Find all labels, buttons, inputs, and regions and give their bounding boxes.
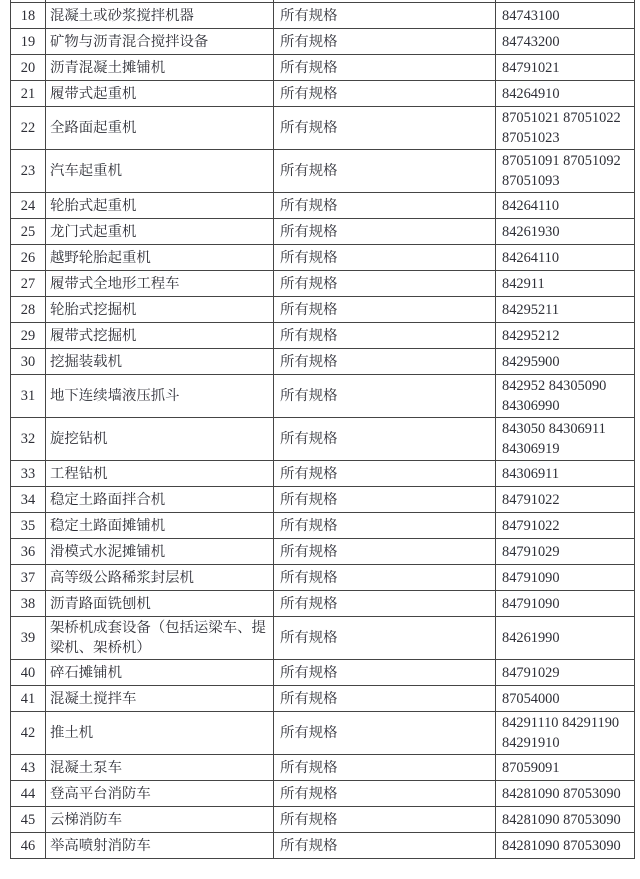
spec-cell: 所有规格 — [274, 686, 496, 712]
spec-cell: 所有规格 — [274, 660, 496, 686]
spec-cell: 所有规格 — [274, 81, 496, 107]
row-number-cell: 45 — [11, 807, 46, 833]
row-number-cell: 36 — [11, 539, 46, 565]
equipment-name-cell: 稳定土路面摊铺机 — [46, 513, 274, 539]
hs-codes-cell: 84791022 — [496, 487, 635, 513]
spec-cell: 所有规格 — [274, 712, 496, 755]
table-row: 43 混凝土泵车 所有规格 87059091 — [11, 755, 635, 781]
hs-codes-cell: 84791090 — [496, 591, 635, 617]
row-number-cell: 25 — [11, 219, 46, 245]
spec-cell: 所有规格 — [274, 487, 496, 513]
hs-codes-cell: 84295211 — [496, 297, 635, 323]
hs-codes-cell: 84791029 — [496, 660, 635, 686]
table-row: 25 龙门式起重机 所有规格 84261930 — [11, 219, 635, 245]
equipment-name-cell: 混凝土或砂浆搅拌机器 — [46, 3, 274, 29]
table-row: 36 滑模式水泥摊铺机 所有规格 84791029 — [11, 539, 635, 565]
hs-codes-cell: 84281090 87053090 — [496, 807, 635, 833]
table-row: 37 高等级公路稀浆封层机 所有规格 84791090 — [11, 565, 635, 591]
table-row: 29 履带式挖掘机 所有规格 84295212 — [11, 323, 635, 349]
table-row: 21 履带式起重机 所有规格 84264910 — [11, 81, 635, 107]
hs-codes-cell: 84791029 — [496, 539, 635, 565]
row-number-cell: 34 — [11, 487, 46, 513]
table-body: 18 混凝土或砂浆搅拌机器 所有规格 84743100 19 矿物与沥青混合搅拌… — [11, 0, 635, 859]
table-row: 26 越野轮胎起重机 所有规格 84264110 — [11, 245, 635, 271]
row-number-cell: 18 — [11, 3, 46, 29]
table-row: 41 混凝土搅拌车 所有规格 87054000 — [11, 686, 635, 712]
table-row: 38 沥青路面铣刨机 所有规格 84791090 — [11, 591, 635, 617]
row-number-cell: 37 — [11, 565, 46, 591]
spec-cell: 所有规格 — [274, 271, 496, 297]
document-page: 18 混凝土或砂浆搅拌机器 所有规格 84743100 19 矿物与沥青混合搅拌… — [0, 0, 640, 879]
table-row: 32 旋挖钻机 所有规格 843050 84306911 84306919 — [11, 418, 635, 461]
hs-codes-cell: 84291110 84291190 84291910 — [496, 712, 635, 755]
table-row: 28 轮胎式挖掘机 所有规格 84295211 — [11, 297, 635, 323]
table-row: 46 举高喷射消防车 所有规格 84281090 87053090 — [11, 833, 635, 859]
equipment-name-cell: 沥青路面铣刨机 — [46, 591, 274, 617]
row-number-cell: 31 — [11, 375, 46, 418]
equipment-name-cell: 云梯消防车 — [46, 807, 274, 833]
row-number-cell: 44 — [11, 781, 46, 807]
spec-cell: 所有规格 — [274, 349, 496, 375]
equipment-name-cell: 混凝土泵车 — [46, 755, 274, 781]
equipment-name-cell: 越野轮胎起重机 — [46, 245, 274, 271]
hs-codes-cell: 84295900 — [496, 349, 635, 375]
equipment-name-cell: 登高平台消防车 — [46, 781, 274, 807]
row-number-cell: 32 — [11, 418, 46, 461]
table-row: 20 沥青混凝土摊铺机 所有规格 84791021 — [11, 55, 635, 81]
row-number-cell: 42 — [11, 712, 46, 755]
spec-cell: 所有规格 — [274, 3, 496, 29]
table-row: 35 稳定土路面摊铺机 所有规格 84791022 — [11, 513, 635, 539]
hs-codes-cell: 84743100 — [496, 3, 635, 29]
equipment-name-cell: 推土机 — [46, 712, 274, 755]
spec-cell: 所有规格 — [274, 807, 496, 833]
row-number-cell: 38 — [11, 591, 46, 617]
spec-cell: 所有规格 — [274, 150, 496, 193]
hs-codes-cell: 84261930 — [496, 219, 635, 245]
spec-cell: 所有规格 — [274, 539, 496, 565]
hs-codes-cell: 84743200 — [496, 29, 635, 55]
table-row: 24 轮胎式起重机 所有规格 84264110 — [11, 193, 635, 219]
spec-cell: 所有规格 — [274, 297, 496, 323]
table-row: 39 架桥机成套设备（包括运梁车、提梁机、架桥机） 所有规格 84261990 — [11, 617, 635, 660]
spec-cell: 所有规格 — [274, 781, 496, 807]
row-number-cell: 41 — [11, 686, 46, 712]
equipment-name-cell: 矿物与沥青混合搅拌设备 — [46, 29, 274, 55]
table-row: 31 地下连续墙液压抓斗 所有规格 842952 84305090 843069… — [11, 375, 635, 418]
hs-codes-cell: 843050 84306911 84306919 — [496, 418, 635, 461]
spec-cell: 所有规格 — [274, 833, 496, 859]
spec-cell: 所有规格 — [274, 375, 496, 418]
equipment-hs-code-table: 18 混凝土或砂浆搅拌机器 所有规格 84743100 19 矿物与沥青混合搅拌… — [10, 0, 635, 859]
equipment-name-cell: 滑模式水泥摊铺机 — [46, 539, 274, 565]
table-row: 22 全路面起重机 所有规格 87051021 87051022 8705102… — [11, 107, 635, 150]
row-number-cell: 24 — [11, 193, 46, 219]
row-number-cell: 40 — [11, 660, 46, 686]
equipment-name-cell: 举高喷射消防车 — [46, 833, 274, 859]
spec-cell: 所有规格 — [274, 461, 496, 487]
spec-cell: 所有规格 — [274, 245, 496, 271]
row-number-cell: 20 — [11, 55, 46, 81]
equipment-name-cell: 轮胎式挖掘机 — [46, 297, 274, 323]
row-number-cell: 35 — [11, 513, 46, 539]
spec-cell: 所有规格 — [274, 617, 496, 660]
table-row: 44 登高平台消防车 所有规格 84281090 87053090 — [11, 781, 635, 807]
row-number-cell: 21 — [11, 81, 46, 107]
equipment-name-cell: 混凝土搅拌车 — [46, 686, 274, 712]
hs-codes-cell: 842911 — [496, 271, 635, 297]
table-row: 30 挖掘装载机 所有规格 84295900 — [11, 349, 635, 375]
table-row: 18 混凝土或砂浆搅拌机器 所有规格 84743100 — [11, 3, 635, 29]
table-row: 45 云梯消防车 所有规格 84281090 87053090 — [11, 807, 635, 833]
equipment-name-cell: 挖掘装载机 — [46, 349, 274, 375]
equipment-name-cell: 汽车起重机 — [46, 150, 274, 193]
equipment-name-cell: 全路面起重机 — [46, 107, 274, 150]
hs-codes-cell: 84261990 — [496, 617, 635, 660]
hs-codes-cell: 84264910 — [496, 81, 635, 107]
table-row: 40 碎石摊铺机 所有规格 84791029 — [11, 660, 635, 686]
hs-codes-cell: 87051021 87051022 87051023 — [496, 107, 635, 150]
hs-codes-cell: 84264110 — [496, 245, 635, 271]
equipment-name-cell: 稳定土路面拌合机 — [46, 487, 274, 513]
hs-codes-cell: 84791022 — [496, 513, 635, 539]
hs-codes-cell: 84281090 87053090 — [496, 833, 635, 859]
hs-codes-cell: 84295212 — [496, 323, 635, 349]
equipment-name-cell: 地下连续墙液压抓斗 — [46, 375, 274, 418]
spec-cell: 所有规格 — [274, 513, 496, 539]
hs-codes-cell: 842952 84305090 84306990 — [496, 375, 635, 418]
hs-codes-cell: 87059091 — [496, 755, 635, 781]
equipment-name-cell: 工程钻机 — [46, 461, 274, 487]
table-row: 42 推土机 所有规格 84291110 84291190 84291910 — [11, 712, 635, 755]
row-number-cell: 19 — [11, 29, 46, 55]
equipment-name-cell: 高等级公路稀浆封层机 — [46, 565, 274, 591]
equipment-name-cell: 沥青混凝土摊铺机 — [46, 55, 274, 81]
table-row: 27 履带式全地形工程车 所有规格 842911 — [11, 271, 635, 297]
row-number-cell: 43 — [11, 755, 46, 781]
table-row: 34 稳定土路面拌合机 所有规格 84791022 — [11, 487, 635, 513]
hs-codes-cell: 84264110 — [496, 193, 635, 219]
spec-cell: 所有规格 — [274, 565, 496, 591]
spec-cell: 所有规格 — [274, 193, 496, 219]
row-number-cell: 22 — [11, 107, 46, 150]
hs-codes-cell: 87054000 — [496, 686, 635, 712]
row-number-cell: 30 — [11, 349, 46, 375]
table-row: 19 矿物与沥青混合搅拌设备 所有规格 84743200 — [11, 29, 635, 55]
table-row: 23 汽车起重机 所有规格 87051091 87051092 87051093 — [11, 150, 635, 193]
equipment-name-cell: 履带式挖掘机 — [46, 323, 274, 349]
hs-codes-cell: 84791021 — [496, 55, 635, 81]
spec-cell: 所有规格 — [274, 219, 496, 245]
equipment-name-cell: 履带式全地形工程车 — [46, 271, 274, 297]
equipment-name-cell: 碎石摊铺机 — [46, 660, 274, 686]
row-number-cell: 27 — [11, 271, 46, 297]
row-number-cell: 33 — [11, 461, 46, 487]
hs-codes-cell: 87051091 87051092 87051093 — [496, 150, 635, 193]
row-number-cell: 28 — [11, 297, 46, 323]
hs-codes-cell: 84791090 — [496, 565, 635, 591]
spec-cell: 所有规格 — [274, 418, 496, 461]
spec-cell: 所有规格 — [274, 55, 496, 81]
spec-cell: 所有规格 — [274, 591, 496, 617]
equipment-name-cell: 龙门式起重机 — [46, 219, 274, 245]
row-number-cell: 46 — [11, 833, 46, 859]
row-number-cell: 29 — [11, 323, 46, 349]
spec-cell: 所有规格 — [274, 107, 496, 150]
spec-cell: 所有规格 — [274, 323, 496, 349]
hs-codes-cell: 84306911 — [496, 461, 635, 487]
row-number-cell: 39 — [11, 617, 46, 660]
hs-codes-cell: 84281090 87053090 — [496, 781, 635, 807]
table-row: 33 工程钻机 所有规格 84306911 — [11, 461, 635, 487]
equipment-name-cell: 轮胎式起重机 — [46, 193, 274, 219]
equipment-name-cell: 旋挖钻机 — [46, 418, 274, 461]
row-number-cell: 26 — [11, 245, 46, 271]
equipment-name-cell: 架桥机成套设备（包括运梁车、提梁机、架桥机） — [46, 617, 274, 660]
row-number-cell: 23 — [11, 150, 46, 193]
equipment-name-cell: 履带式起重机 — [46, 81, 274, 107]
spec-cell: 所有规格 — [274, 29, 496, 55]
spec-cell: 所有规格 — [274, 755, 496, 781]
